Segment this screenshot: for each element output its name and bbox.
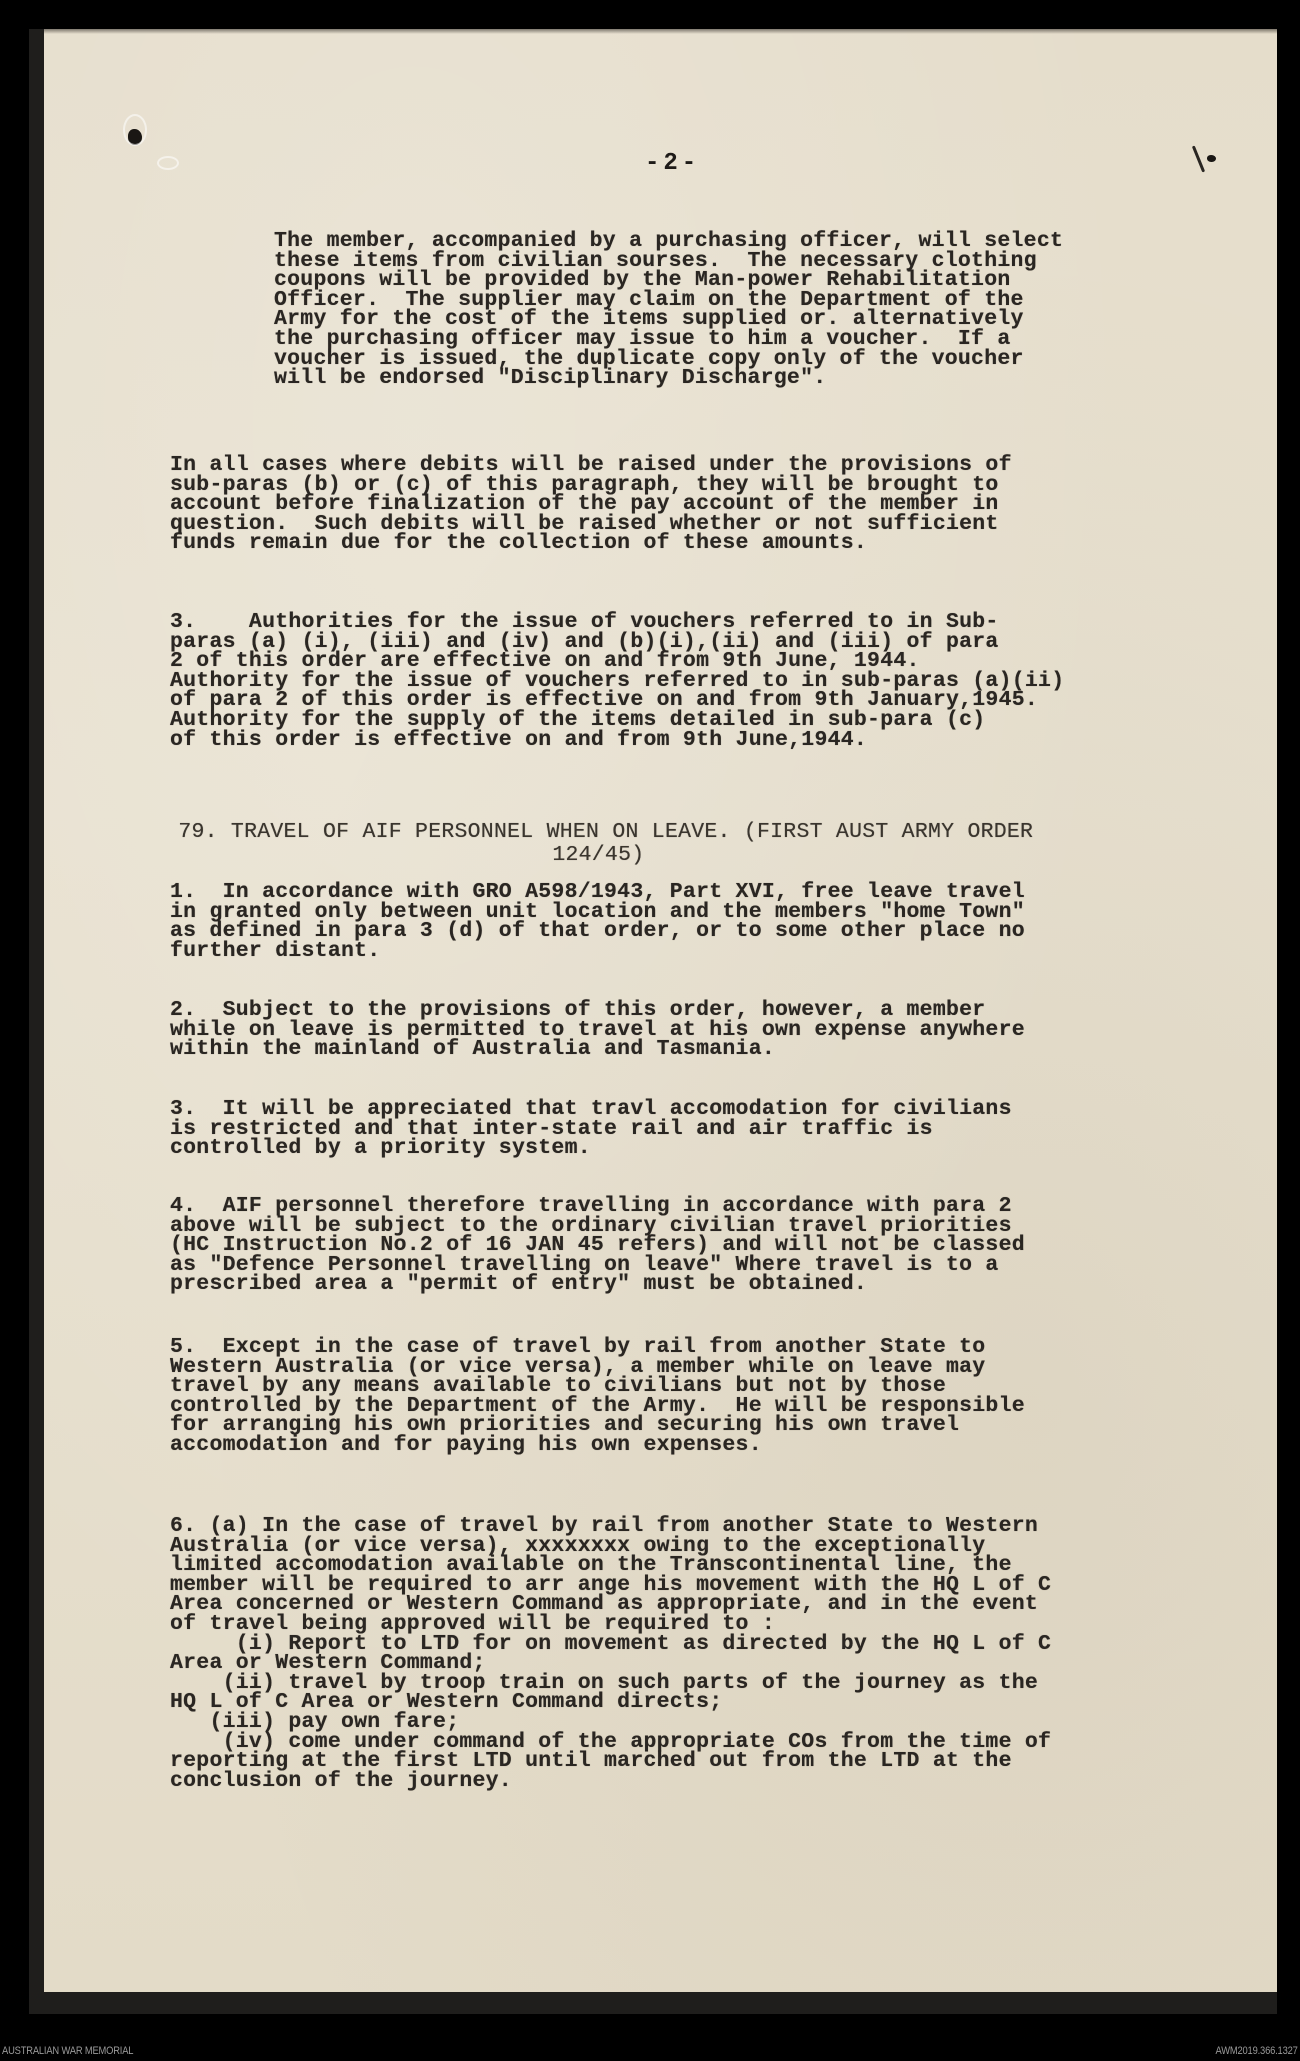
text-line: further distant. [170,942,1025,962]
paragraph-debits: In all cases where debits will be raised… [170,456,1012,554]
order-79-heading-ref: 124/45) [526,826,644,865]
text-line: accomodation and for paying his own expe… [170,1436,1025,1456]
text-line: prescribed area a "permit of entry" must… [170,1275,1025,1295]
order-79-para-6: 6. (a) In the case of travel by rail fro… [170,1517,1051,1791]
punch-hole-left-lower [157,156,179,170]
order-79-para-1: 1. In accordance with GRO A598/1943, Par… [170,883,1025,961]
text-line: conclusion of the journey. [170,1772,1051,1792]
page-top-edge [44,29,1277,34]
text-line: within the mainland of Australia and Tas… [170,1040,1025,1060]
order-79-ref: 124/45) [552,843,644,867]
tear-mark-right [1192,145,1205,172]
page-number: -2- [645,150,700,177]
paragraph-purchasing-officer: The member, accompanied by a purchasing … [274,232,1063,389]
order-79-para-5: 5. Except in the case of travel by rail … [170,1338,1025,1456]
footer-institution: AUSTRALIAN WAR MEMORIAL [2,2045,133,2057]
paragraph-3-authorities: 3. Authorities for the issue of vouchers… [170,613,1064,750]
order-79-para-4: 4. AIF personnel therefore travelling in… [170,1197,1025,1295]
punch-hole-left-ring [123,114,147,146]
text-line: funds remain due for the collection of t… [170,534,1012,554]
order-79-para-3: 3. It will be appreciated that travl acc… [170,1100,1012,1159]
text-line: of this order is effective on and from 9… [170,731,1064,751]
text-line: will be endorsed "Disciplinary Discharge… [274,369,1063,389]
footer-accession-number: AWM2019.366.1327 [1216,2045,1298,2057]
punch-hole-right [1207,155,1216,162]
text-line: controlled by a priority system. [170,1139,1012,1159]
order-79-para-2: 2. Subject to the provisions of this ord… [170,1001,1025,1060]
